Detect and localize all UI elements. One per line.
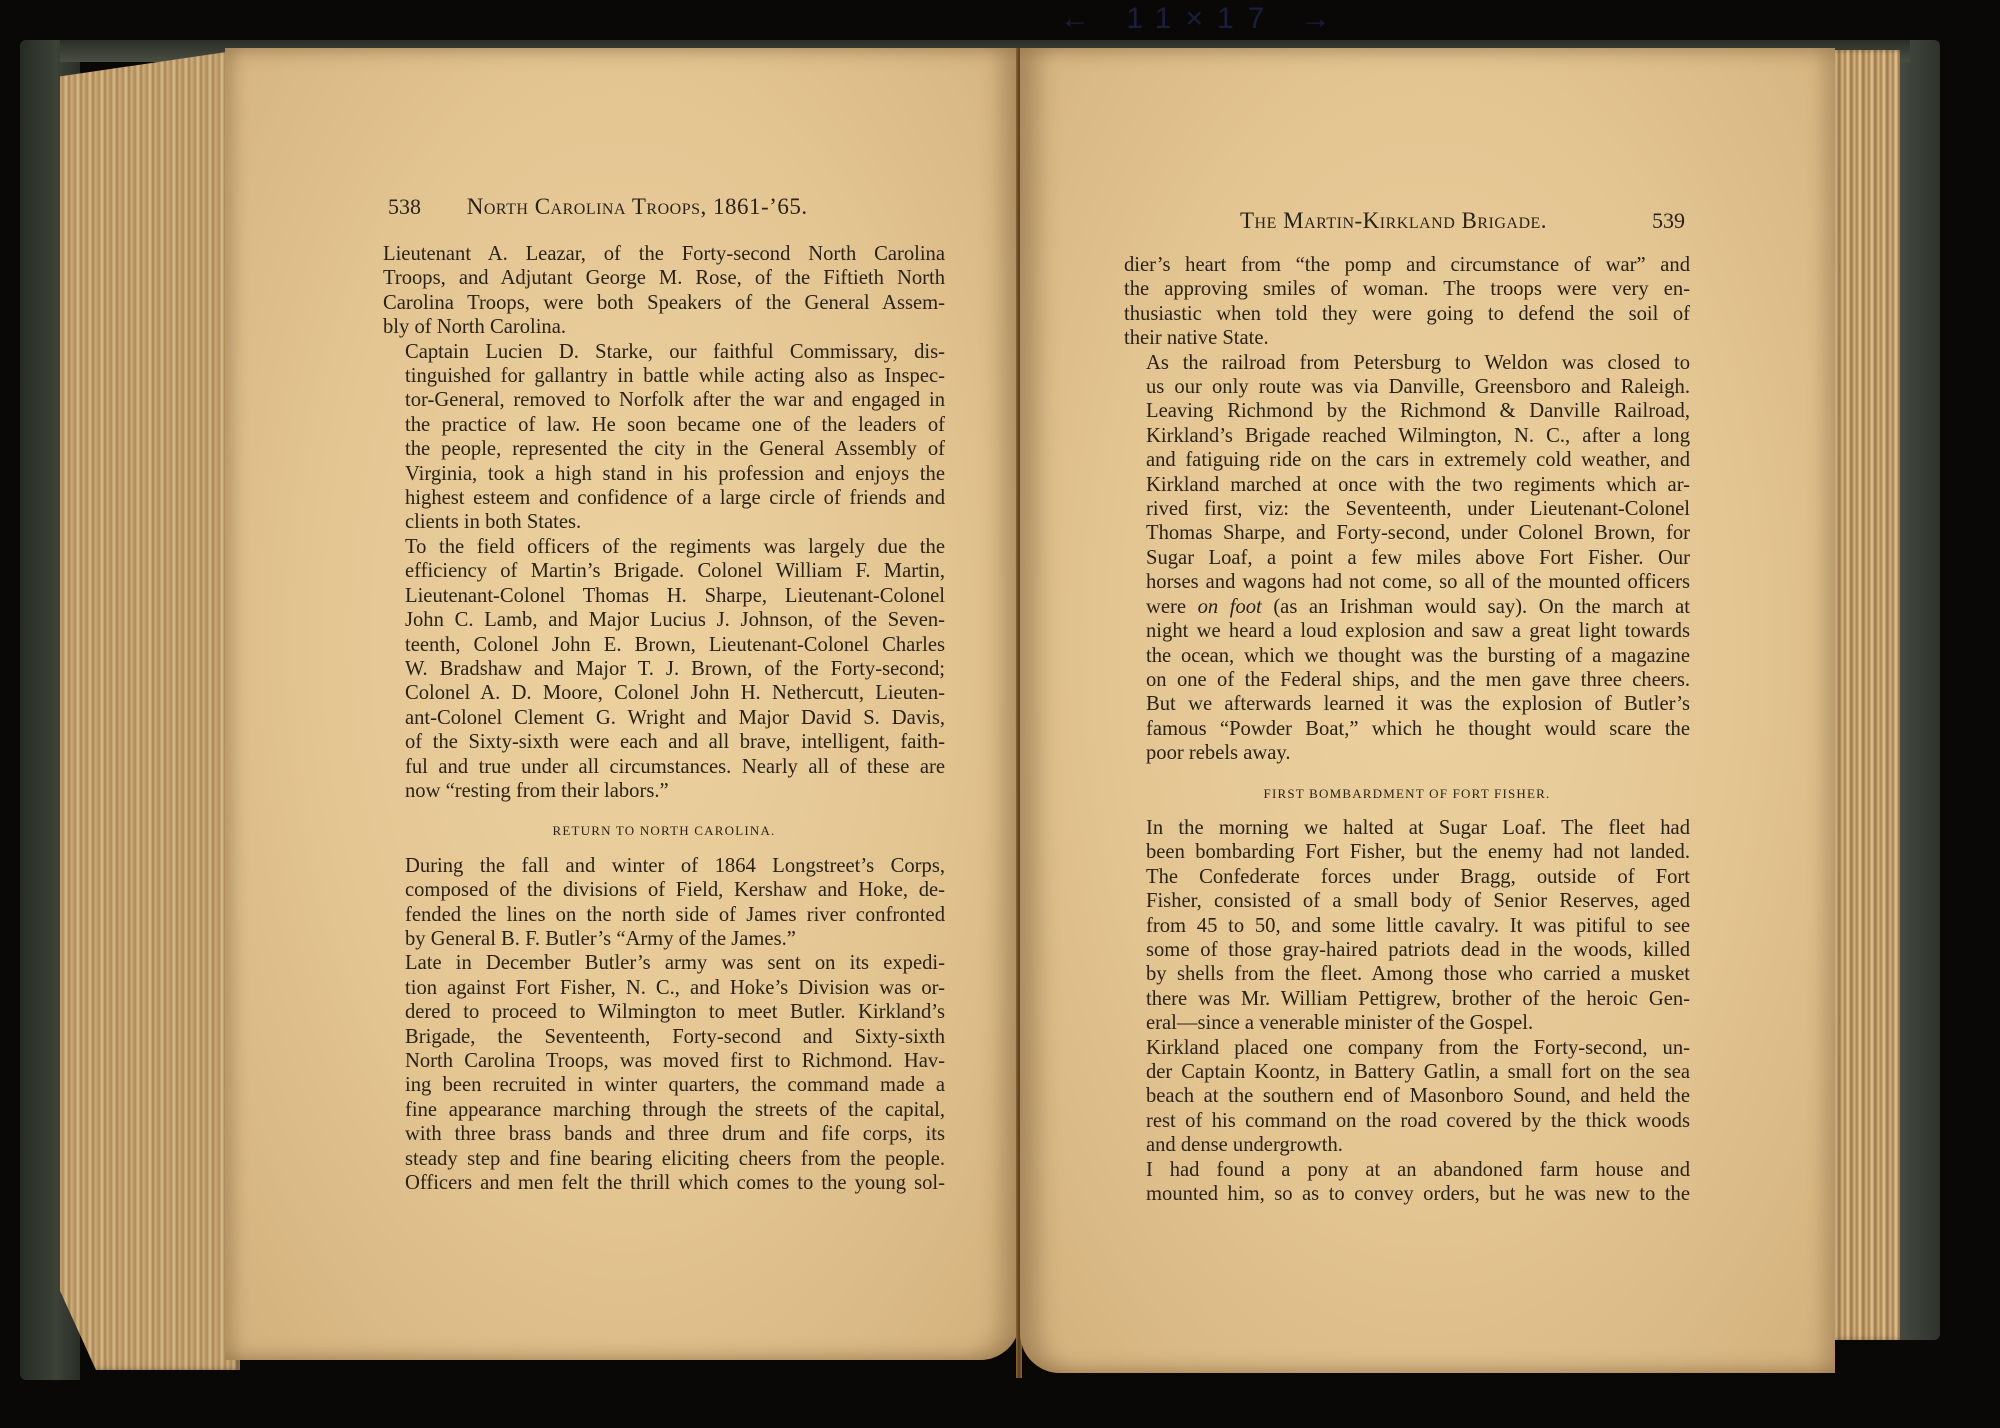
right-page-number-wrap: 539 (1652, 208, 1685, 234)
text-line: clients in both States. (383, 510, 945, 534)
text-line: Troops, and Adjutant George M. Rose, of … (383, 266, 945, 290)
paragraph: Captain Lucien D. Starke, our faithful C… (383, 340, 945, 535)
scan-margin-note: ← 11×17 → (1060, 2, 1480, 32)
text-line: mounted him, so as to convey orders, but… (1124, 1182, 1690, 1206)
text-line: Sugar Loaf, a point a few miles above Fo… (1124, 546, 1690, 570)
text-line: Captain Lucien D. Starke, our faithful C… (383, 340, 945, 364)
text-line: horses and wagons had not come, so all o… (1124, 570, 1690, 594)
text-line: and fatiguing ride on the cars in extrem… (1124, 448, 1690, 472)
text-line: der Captain Koontz, in Battery Gatlin, a… (1124, 1060, 1690, 1084)
text-line: Fisher, consisted of a small body of Sen… (1124, 889, 1690, 913)
text-line: with three brass bands and three drum an… (383, 1122, 945, 1146)
italic-phrase: on foot (1198, 596, 1262, 618)
text-line: Lieutenant A. Leazar, of the Forty-secon… (383, 242, 945, 266)
text-line: But we afterwards learned it was the exp… (1124, 692, 1690, 716)
text-line: tion against Fort Fisher, N. C., and Hok… (383, 976, 945, 1000)
text-line: Thomas Sharpe, and Forty-second, under C… (1124, 521, 1690, 545)
text-line: ant-Colonel Clement G. Wright and Major … (383, 706, 945, 730)
text-line: the approving smiles of woman. The troop… (1124, 277, 1690, 301)
text-line: Brigade, the Seventeenth, Forty-second a… (383, 1025, 945, 1049)
right-page: The Martin-Kirkland Brigade. 539 dier’s … (1020, 48, 1835, 1373)
text-line: us our only route was via Danville, Gree… (1124, 375, 1690, 399)
text-line: Kirkland’s Brigade reached Wilmington, N… (1124, 424, 1690, 448)
text-line: tor-General, removed to Norfolk after th… (383, 388, 945, 412)
text-line: steady step and fine bearing eliciting c… (383, 1147, 945, 1171)
text-line: famous “Powder Boat,” which he thought w… (1124, 717, 1690, 741)
text-line: Colonel A. D. Moore, Colonel John H. Net… (383, 681, 945, 705)
text-line: ful and true under all circumstances. Ne… (383, 755, 945, 779)
page-number: 539 (1652, 208, 1685, 233)
paragraph: Late in December Butler’s army was sent … (383, 951, 945, 1195)
text-line: the people, represented the city in the … (383, 437, 945, 461)
page-stack-right (1830, 50, 1900, 1340)
left-page: 538 North Carolina Troops, 1861-’65. Lie… (225, 48, 1020, 1360)
text-line: beach at the southern end of Masonboro S… (1124, 1084, 1690, 1108)
text-line: The Confederate forces under Bragg, outs… (1124, 865, 1690, 889)
text-line: were on foot (as an Irishman would say).… (1124, 595, 1690, 619)
paragraph: dier’s heart from “the pomp and circumst… (1124, 253, 1690, 351)
paragraph: Lieutenant A. Leazar, of the Forty-secon… (383, 242, 945, 340)
text-line: As the railroad from Petersburg to Weldo… (1124, 351, 1690, 375)
text-line: eral—since a venerable minister of the G… (1124, 1011, 1690, 1035)
text-line: bly of North Carolina. (383, 315, 945, 339)
text-line: Leaving Richmond by the Richmond & Danvi… (1124, 399, 1690, 423)
right-page-header: The Martin-Kirkland Brigade. (1240, 208, 1547, 234)
text-line: rived first, viz: the Seventeenth, under… (1124, 497, 1690, 521)
text-line: highest esteem and confidence of a large… (383, 486, 945, 510)
text-line: fine appearance marching through the str… (383, 1098, 945, 1122)
text-line: In the morning we halted at Sugar Loaf. … (1124, 816, 1690, 840)
text-line: composed of the divisions of Field, Kers… (383, 878, 945, 902)
text-line: by shells from the fleet. Among those wh… (1124, 962, 1690, 986)
text-line: Kirkland marched at once with the two re… (1124, 473, 1690, 497)
left-page-header: 538 North Carolina Troops, 1861-’65. (388, 194, 808, 220)
text-line: teenth, Colonel John E. Brown, Lieutenan… (383, 633, 945, 657)
text-line: night we heard a loud explosion and saw … (1124, 619, 1690, 643)
text-line: dier’s heart from “the pomp and circumst… (1124, 253, 1690, 277)
text-line: of the Sixty-sixth were each and all bra… (383, 730, 945, 754)
paragraph: The Confederate forces under Bragg, outs… (1124, 865, 1690, 1036)
text-line: the ocean, which we thought was the burs… (1124, 644, 1690, 668)
paragraph: As the railroad from Petersburg to Weldo… (1124, 351, 1690, 400)
running-head: The Martin-Kirkland Brigade. (1240, 208, 1547, 233)
text-line: Carolina Troops, were both Speakers of t… (383, 291, 945, 315)
text-line: Virginia, took a high stand in his profe… (383, 462, 945, 486)
text-line: and dense undergrowth. (1124, 1133, 1690, 1157)
text-line: been bombarding Fort Fisher, but the ene… (1124, 840, 1690, 864)
section-heading: RETURN TO NORTH CAROLINA. (383, 819, 945, 843)
text-line: some of those gray-haired patriots dead … (1124, 938, 1690, 962)
page-number: 538 (388, 194, 421, 219)
text-line: W. Bradshaw and Major T. J. Brown, of th… (383, 657, 945, 681)
text-line: Kirkland placed one company from the For… (1124, 1036, 1690, 1060)
paragraph: Leaving Richmond by the Richmond & Danvi… (1124, 399, 1690, 765)
text-line: by General B. F. Butler’s “Army of the J… (383, 927, 945, 951)
text-line: North Carolina Troops, was moved first t… (383, 1049, 945, 1073)
text-line: Late in December Butler’s army was sent … (383, 951, 945, 975)
text-line: tinguished for gallantry in battle while… (383, 364, 945, 388)
text-line: there was Mr. William Pettigrew, brother… (1124, 987, 1690, 1011)
text-line: rest of his command on the road covered … (1124, 1109, 1690, 1133)
text-line: efficiency of Martin’s Brigade. Colonel … (383, 559, 945, 583)
section-heading: FIRST BOMBARDMENT OF FORT FISHER. (1124, 782, 1690, 806)
text-line: During the fall and winter of 1864 Longs… (383, 854, 945, 878)
paragraph: Kirkland placed one company from the For… (1124, 1036, 1690, 1158)
paragraph: I had found a pony at an abandoned farm … (1124, 1158, 1690, 1207)
text-line: I had found a pony at an abandoned farm … (1124, 1158, 1690, 1182)
paragraph: In the morning we halted at Sugar Loaf. … (1124, 816, 1690, 865)
text-line: ing been recruited in winter quarters, t… (383, 1073, 945, 1097)
page-stack-left (60, 50, 240, 1370)
running-head: North Carolina Troops, 1861-’65. (467, 194, 808, 219)
text-line: Officers and men felt the thrill which c… (383, 1171, 945, 1195)
text-line: from 45 to 50, and some little cavalry. … (1124, 914, 1690, 938)
text-line: John C. Lamb, and Major Lucius J. Johnso… (383, 608, 945, 632)
text-line: fended the lines on the north side of Ja… (383, 903, 945, 927)
left-page-body: Lieutenant A. Leazar, of the Forty-secon… (383, 242, 945, 1195)
text-line: Lieutenant-Colonel Thomas H. Sharpe, Lie… (383, 584, 945, 608)
text-line: the practice of law. He soon became one … (383, 413, 945, 437)
text-line: now “resting from their labors.” (383, 779, 945, 803)
text-line: poor rebels away. (1124, 741, 1690, 765)
text-line: To the field officers of the regiments w… (383, 535, 945, 559)
text-line: their native State. (1124, 326, 1690, 350)
paragraph: During the fall and winter of 1864 Longs… (383, 854, 945, 952)
paragraph: To the field officers of the regiments w… (383, 535, 945, 803)
right-page-body: dier’s heart from “the pomp and circumst… (1124, 253, 1690, 1206)
text-line: dered to proceed to Wilmington to meet B… (383, 1000, 945, 1024)
text-line: thusiastic when told they were going to … (1124, 302, 1690, 326)
text-line: on one of the Federal ships, and the men… (1124, 668, 1690, 692)
